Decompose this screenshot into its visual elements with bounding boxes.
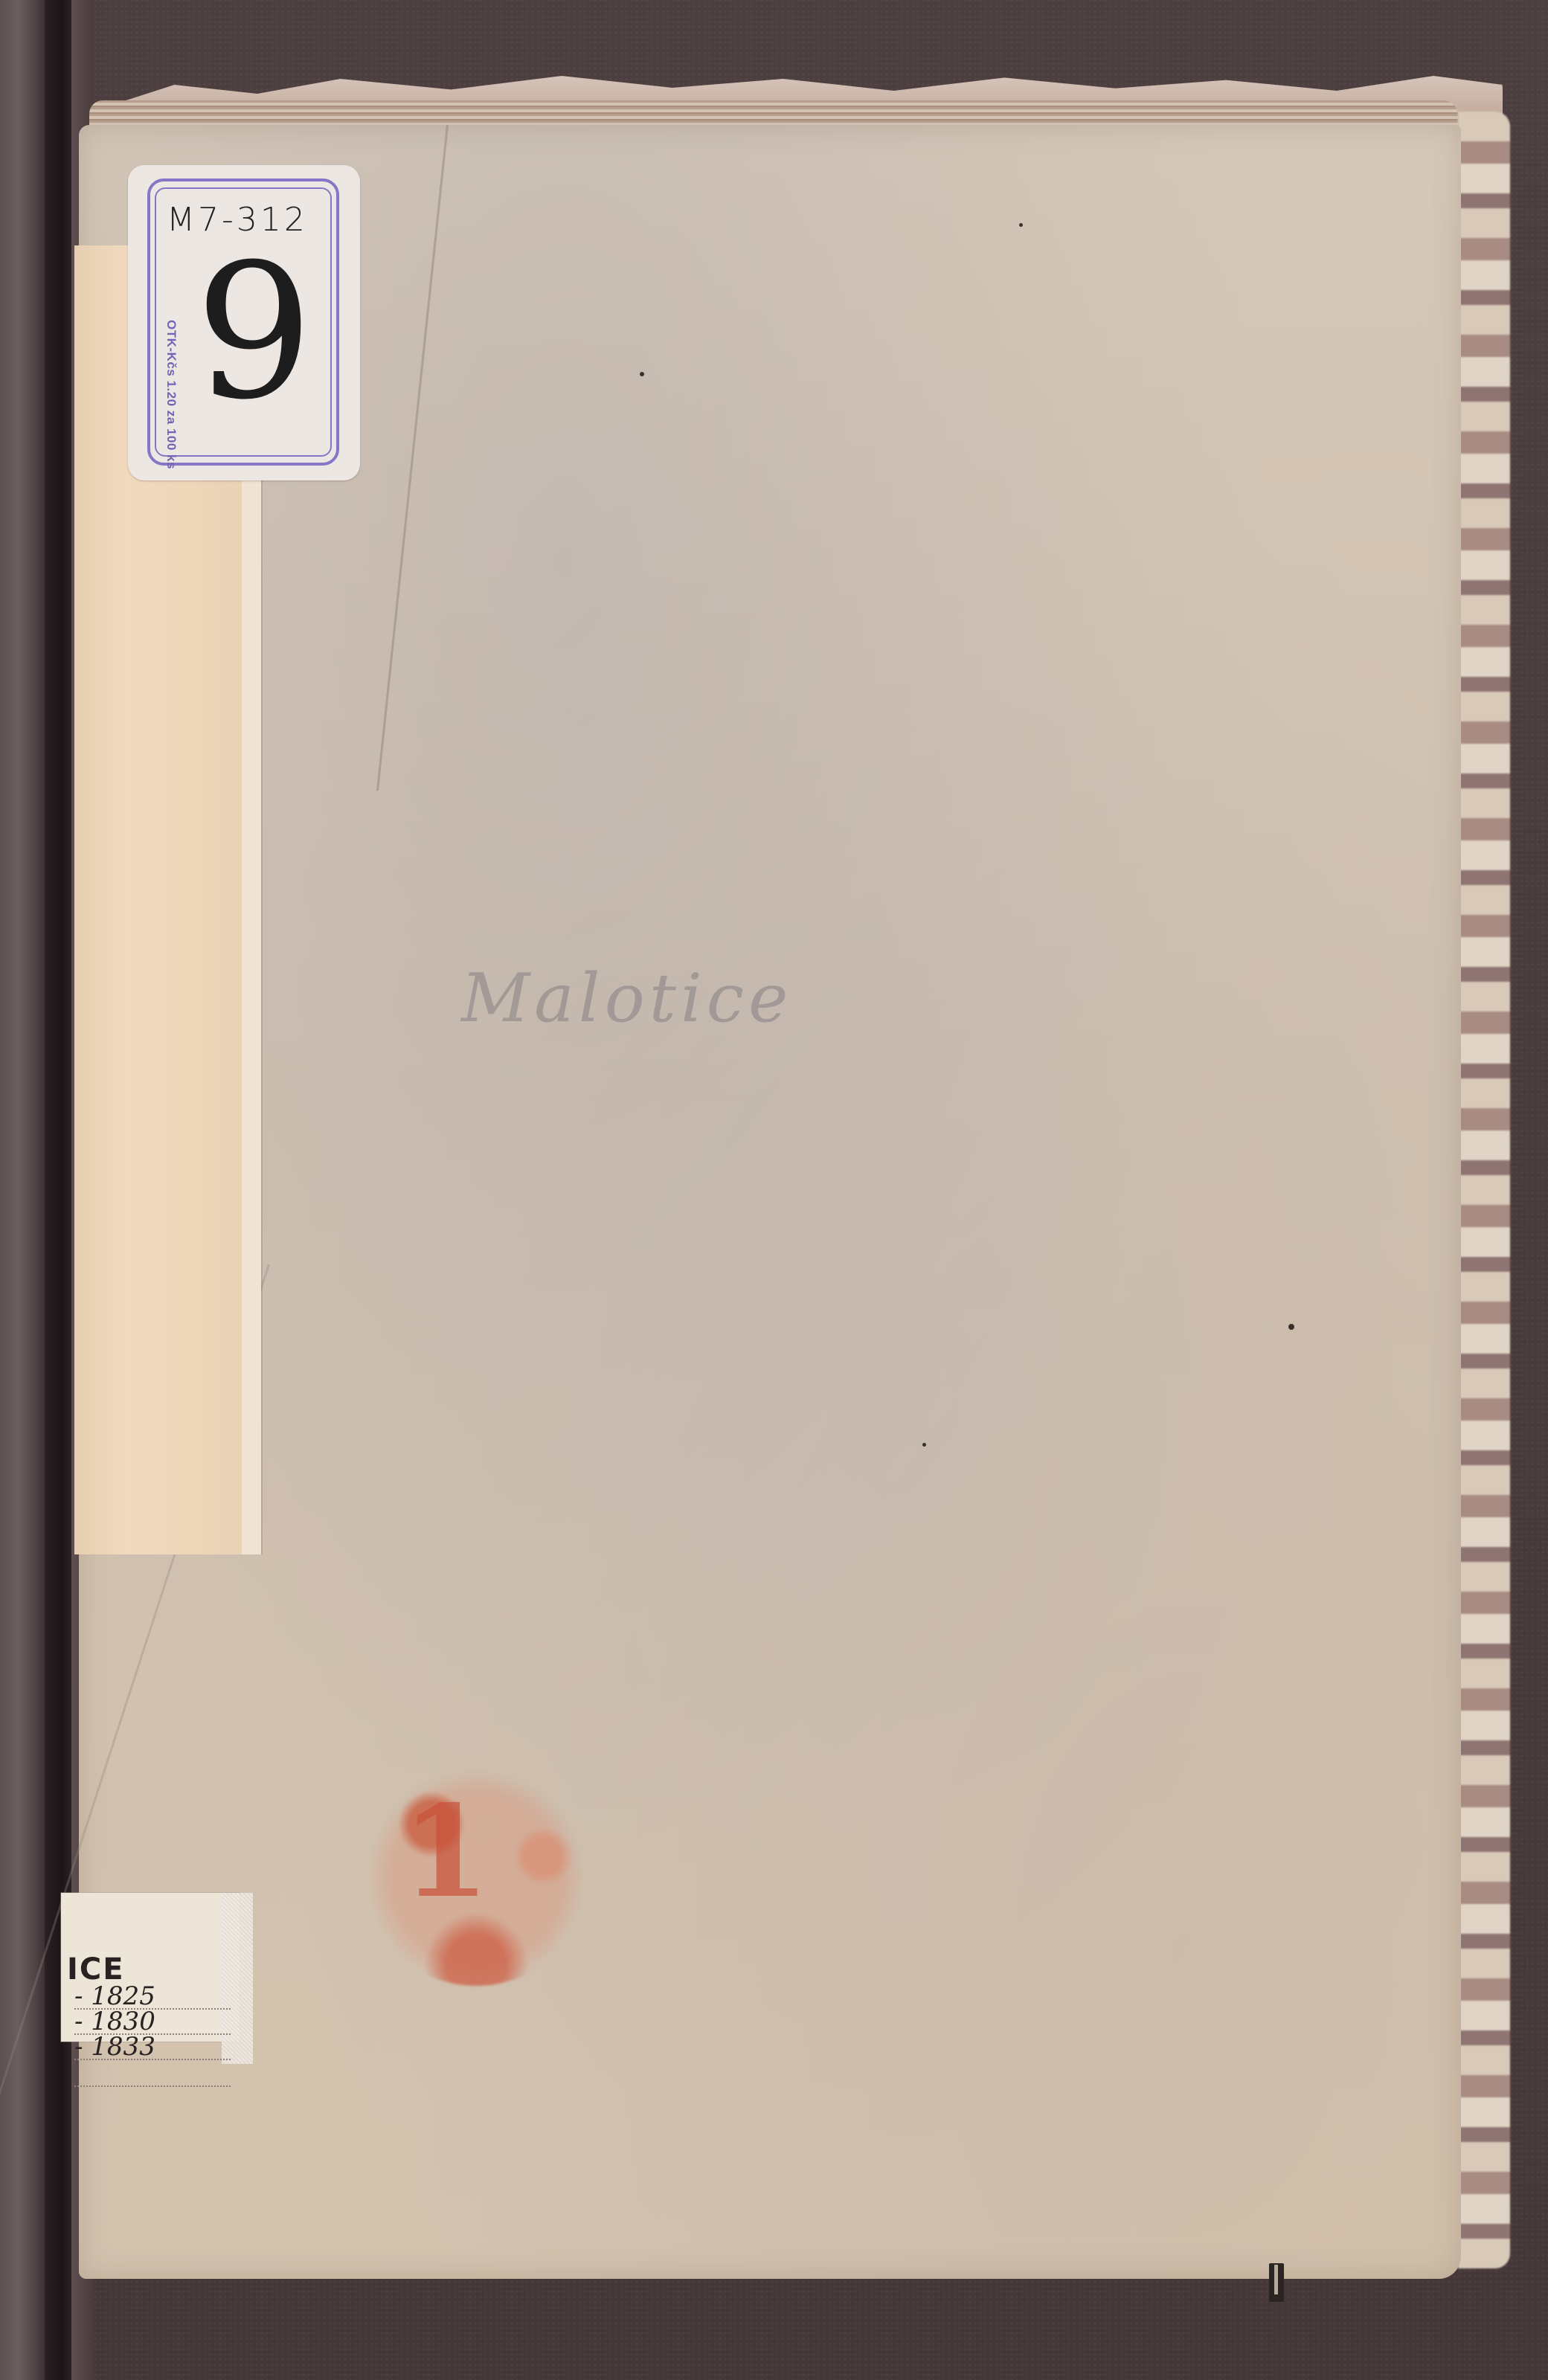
year-row: - 1825	[74, 1984, 231, 2010]
seal-glyph: 1	[402, 1778, 489, 1926]
year-row: - 1830	[74, 2010, 231, 2035]
printer-note: OTK-Kčs 1.20 za 100 ks	[164, 320, 179, 469]
volume-number: 9	[195, 239, 313, 425]
year-row-empty	[74, 2060, 231, 2087]
year-row: - 1833	[74, 2035, 231, 2060]
bottom-ink-mark	[1269, 2263, 1284, 2302]
paper-speck	[1019, 223, 1023, 227]
paper-speck	[1288, 1324, 1294, 1330]
pencil-inscription: Malotice	[461, 959, 792, 1038]
paper-speck	[922, 1443, 926, 1447]
frayed-right-edge	[1458, 112, 1510, 2268]
archive-label: M7-312 9 OTK-Kčs 1.20 za 100 ks	[128, 165, 360, 480]
paper-speck	[640, 372, 644, 376]
spine-label-years: - 1825 - 1830 - 1833	[74, 1984, 231, 2087]
